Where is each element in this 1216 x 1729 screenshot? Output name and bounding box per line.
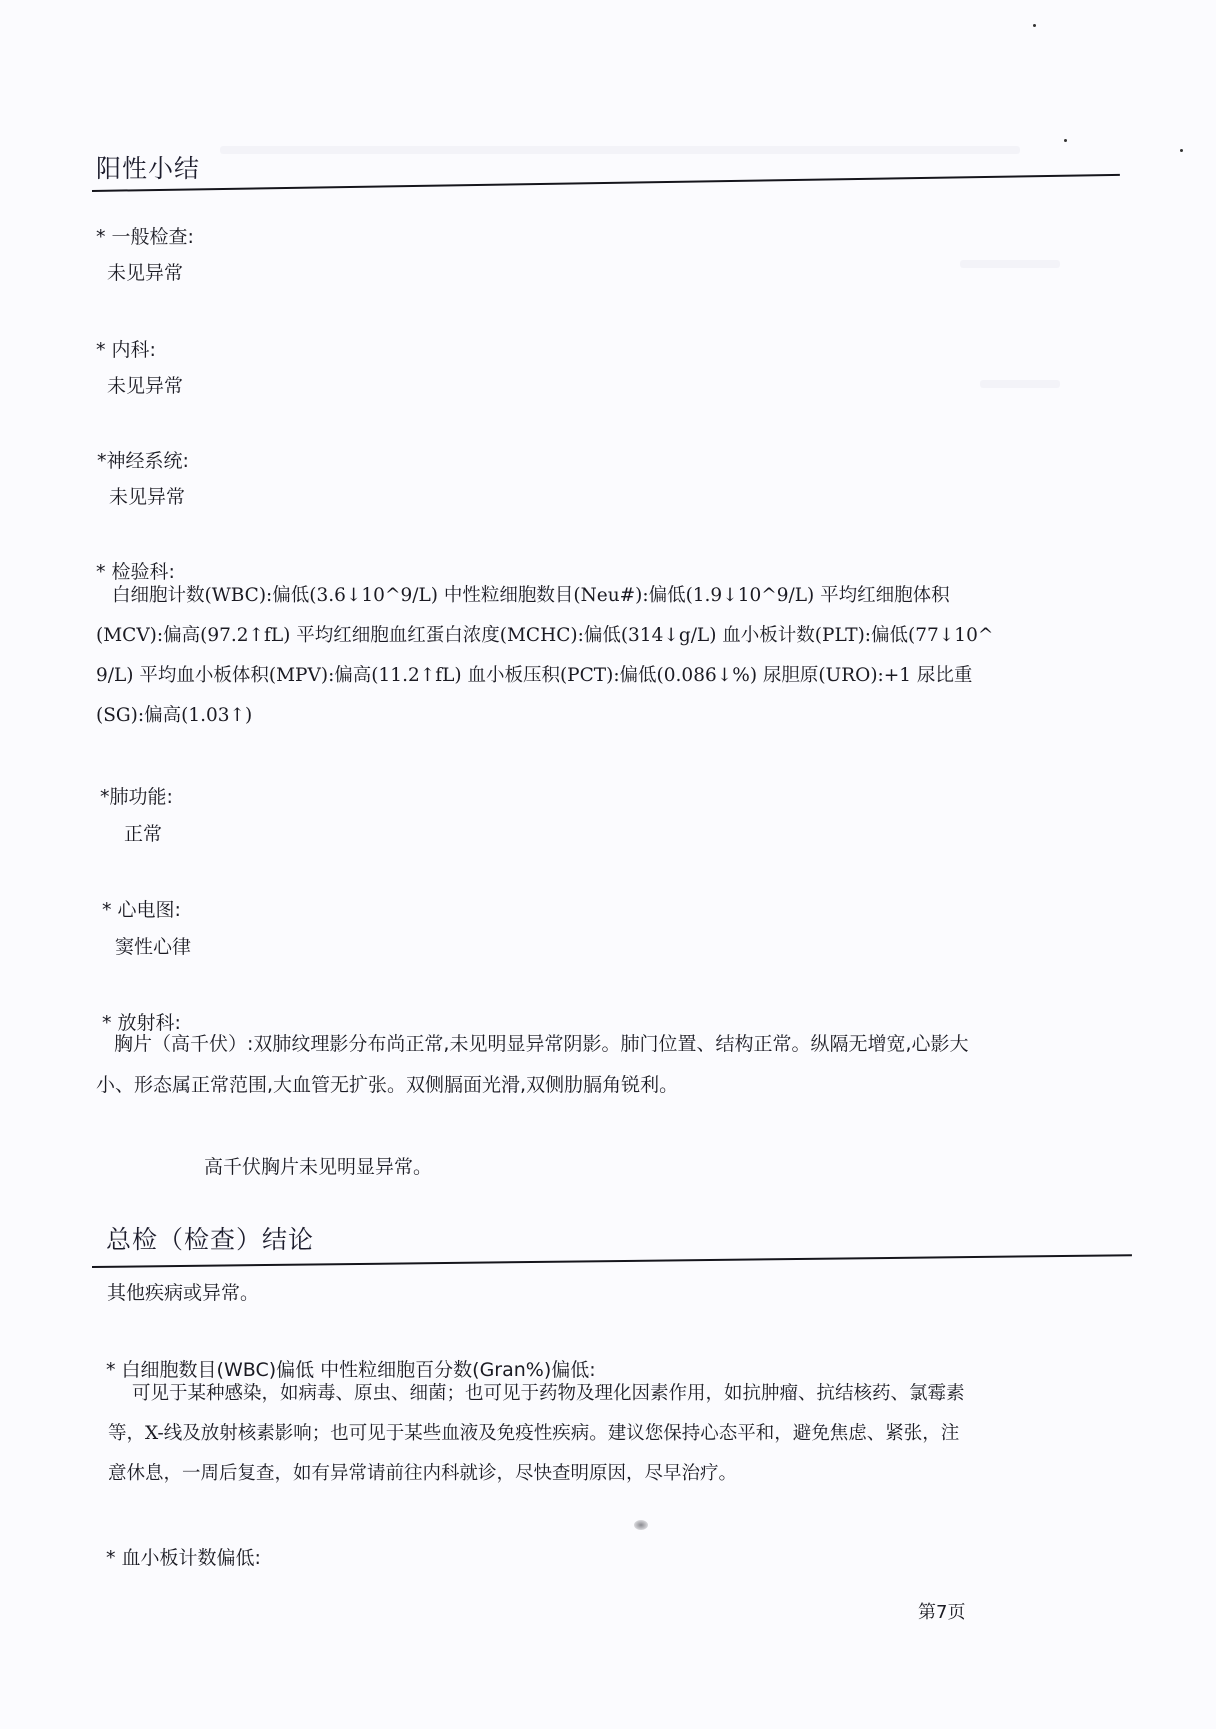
scan-speck <box>1064 139 1067 142</box>
lab-results-line: (MCV):偏高(97.2↑fL) 平均红细胞血红蛋白浓度(MCHC):偏低(3… <box>96 616 1126 656</box>
radiology-conclusion: 高千伏胸片未见明显异常。 <box>204 1152 432 1179</box>
lab-results-line: (SG):偏高(1.03↑) <box>96 696 1126 736</box>
pulmonary-function-value: 正常 <box>124 819 162 846</box>
scan-smudge <box>634 1520 648 1530</box>
radiology-findings: 胸片（高千伏）:双肺纹理影分布尚正常,未见明显异常阴影。肺门位置、结构正常。纵隔… <box>96 1024 1126 1106</box>
bleed-through-mark <box>220 146 1020 154</box>
bleed-through-mark <box>980 380 1060 388</box>
positive-summary-title: 阳性小结 <box>96 149 200 185</box>
internal-medicine-heading: * 内科: <box>96 335 156 362</box>
radiology-findings-line: 小、形态属正常范围,大血管无扩张。双侧膈面光滑,双侧肋膈角锐利。 <box>96 1065 1126 1106</box>
general-exam-value: 未见异常 <box>107 258 183 285</box>
lab-results: 白细胞计数(WBC):偏低(3.6↓10^9/L) 中性粒细胞数目(Neu#):… <box>96 576 1126 736</box>
lab-results-line: 白细胞计数(WBC):偏低(3.6↓10^9/L) 中性粒细胞数目(Neu#):… <box>96 576 1126 616</box>
general-exam-heading: * 一般检查: <box>96 222 194 249</box>
overall-conclusion-title: 总检（检查）结论 <box>106 1220 314 1256</box>
page-number: 第7页 <box>918 1598 965 1624</box>
platelet-low-heading: * 血小板计数偏低: <box>106 1543 261 1570</box>
scan-speck <box>1180 149 1183 152</box>
bleed-through-mark <box>960 260 1060 268</box>
section-divider <box>92 1254 1132 1268</box>
ecg-value: 窦性心律 <box>115 932 191 959</box>
wbc-low-advice-line: 意休息，一周后复查，如有异常请前往内科就诊，尽快查明原因，尽早治疗。 <box>108 1454 1138 1494</box>
wbc-low-advice-line: 可见于某种感染，如病毒、原虫、细菌；也可见于药物及理化因素作用，如抗肿瘤、抗结核… <box>108 1374 1138 1414</box>
scan-speck <box>1033 24 1036 27</box>
neurology-heading: *神经系统: <box>97 446 189 473</box>
internal-medicine-value: 未见异常 <box>107 371 183 398</box>
wbc-low-advice-line: 等，X-线及放射核素影响；也可见于某些血液及免疫性疾病。建议您保持心态平和，避免… <box>108 1414 1138 1454</box>
radiology-findings-line: 胸片（高千伏）:双肺纹理影分布尚正常,未见明显异常阴影。肺门位置、结构正常。纵隔… <box>96 1024 1126 1065</box>
neurology-value: 未见异常 <box>109 482 185 509</box>
lab-results-line: 9/L) 平均血小板体积(MPV):偏高(11.2↑fL) 血小板压积(PCT)… <box>96 656 1126 696</box>
wbc-low-advice: 可见于某种感染，如病毒、原虫、细菌；也可见于药物及理化因素作用，如抗肿瘤、抗结核… <box>108 1374 1138 1494</box>
pulmonary-function-heading: *肺功能: <box>100 782 173 809</box>
overall-conclusion-intro: 其他疾病或异常。 <box>107 1278 259 1305</box>
section-divider <box>92 174 1120 192</box>
ecg-heading: * 心电图: <box>102 895 181 922</box>
